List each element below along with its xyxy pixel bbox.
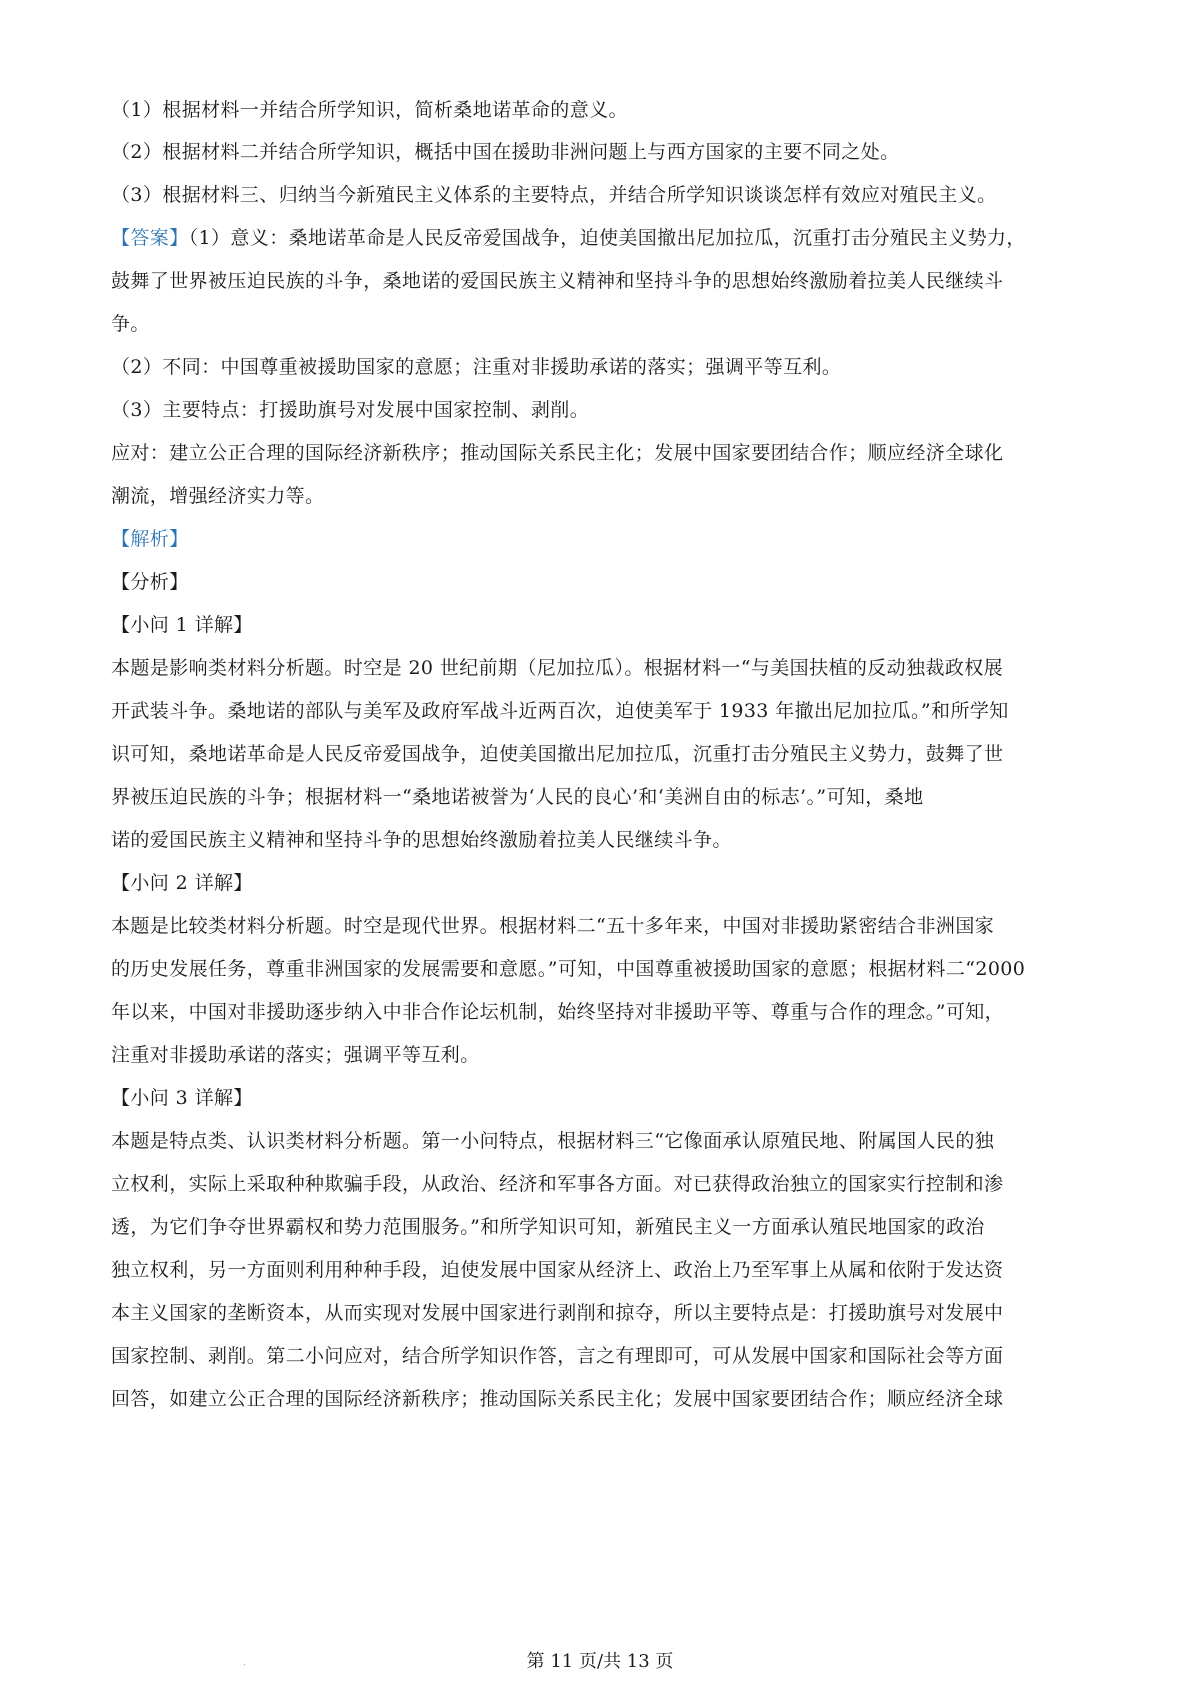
question-1: （1）根据材料一并结合所学知识，简析桑地诺革命的意义。 [111, 98, 1101, 122]
answer-line-3: 争。 [111, 312, 1101, 336]
section-3-line: 透，为它们争夺世界霸权和势力范围服务。”和所学知识可知，新殖民主义一方面承认殖民… [111, 1215, 1101, 1239]
section-1-line: 识可知，桑地诺革命是人民反帝爱国战争，迫使美国撤出尼加拉瓜，沉重打击分殖民主义势… [111, 742, 1101, 766]
answer-label: 【答案】 [111, 227, 189, 249]
question-2: （2）根据材料二并结合所学知识，概括中国在援助非洲问题上与西方国家的主要不同之处… [111, 140, 1101, 164]
document-page: （1）根据材料一并结合所学知识，简析桑地诺革命的意义。 （2）根据材料二并结合所… [0, 0, 1200, 1698]
page-number: 第 11 页/共 13 页 [0, 1651, 1200, 1673]
section-3-line: 立权利，实际上采取种种欺骗手段，从政治、经济和军事各方面。对已获得政治独立的国家… [111, 1172, 1101, 1196]
section-1-line: 诺的爱国民族主义精神和坚持斗争的思想始终激励着拉美人民继续斗争。 [111, 828, 1101, 852]
answer-line-5: （3）主要特点：打援助旗号对发展中国家控制、剥削。 [111, 398, 1101, 422]
section-3-line: 回答，如建立公正合理的国际经济新秩序；推动国际关系民主化；发展中国家要团结合作；… [111, 1387, 1101, 1411]
section-1-line: 界被压迫民族的斗争；根据材料一“桑地诺被誉为‘人民的良心’和‘美洲自由的标志’。… [111, 785, 1101, 809]
analysis-sub-label: 【分析】 [111, 570, 1101, 594]
section-3-line: 本题是特点类、认识类材料分析题。第一小问特点，根据材料三“它像面承认原殖民地、附… [111, 1129, 1101, 1153]
section-1-line: 开武装斗争。桑地诺的部队与美军及政府军战斗近两百次，迫使美军于 1933 年撤出… [111, 699, 1101, 723]
answer-line-1: 【答案】（1）意义：桑地诺革命是人民反帝爱国战争，迫使美国撤出尼加拉瓜，沉重打击… [111, 226, 1101, 250]
section-2-line: 的历史发展任务，尊重非洲国家的发展需要和意愿。”可知，中国尊重被援助国家的意愿；… [111, 957, 1101, 981]
section-1-line: 本题是影响类材料分析题。时空是 20 世纪前期（尼加拉瓜）。根据材料一“与美国扶… [111, 656, 1101, 680]
answer-line-4: （2）不同：中国尊重被援助国家的意愿；注重对非援助承诺的落实；强调平等互利。 [111, 355, 1101, 379]
analysis-label: 【解析】 [111, 527, 1101, 551]
section-3-line: 本主义国家的垄断资本，从而实现对发展中国家进行剥削和掠夺，所以主要特点是：打援助… [111, 1301, 1101, 1325]
section-2-line: 注重对非援助承诺的落实；强调平等互利。 [111, 1043, 1101, 1067]
section-2-line: 年以来，中国对非援助逐步纳入中非合作论坛机制，始终坚持对非援助平等、尊重与合作的… [111, 1000, 1101, 1024]
answer-line-7: 潮流，增强经济实力等。 [111, 484, 1101, 508]
section-3-heading: 【小问 3 详解】 [111, 1086, 1101, 1110]
section-3-line: 独立权利，另一方面则利用种种手段，迫使发展中国家从经济上、政治上乃至军事上从属和… [111, 1258, 1101, 1282]
section-2-heading: 【小问 2 详解】 [111, 871, 1101, 895]
section-3-line: 国家控制、剥削。第二小问应对，结合所学知识作答，言之有理即可，可从发展中国家和国… [111, 1344, 1101, 1368]
section-1-heading: 【小问 1 详解】 [111, 613, 1101, 637]
answer-line-6: 应对：建立公正合理的国际经济新秩序；推动国际关系民主化；发展中国家要团结合作；顺… [111, 441, 1101, 465]
answer-line-2: 鼓舞了世界被压迫民族的斗争，桑地诺的爱国民族主义精神和坚持斗争的思想始终激励着拉… [111, 269, 1101, 293]
section-2-line: 本题是比较类材料分析题。时空是现代世界。根据材料二“五十多年来，中国对非援助紧密… [111, 914, 1101, 938]
question-3: （3）根据材料三、归纳当今新殖民主义体系的主要特点，并结合所学知识谈谈怎样有效应… [111, 183, 1101, 207]
